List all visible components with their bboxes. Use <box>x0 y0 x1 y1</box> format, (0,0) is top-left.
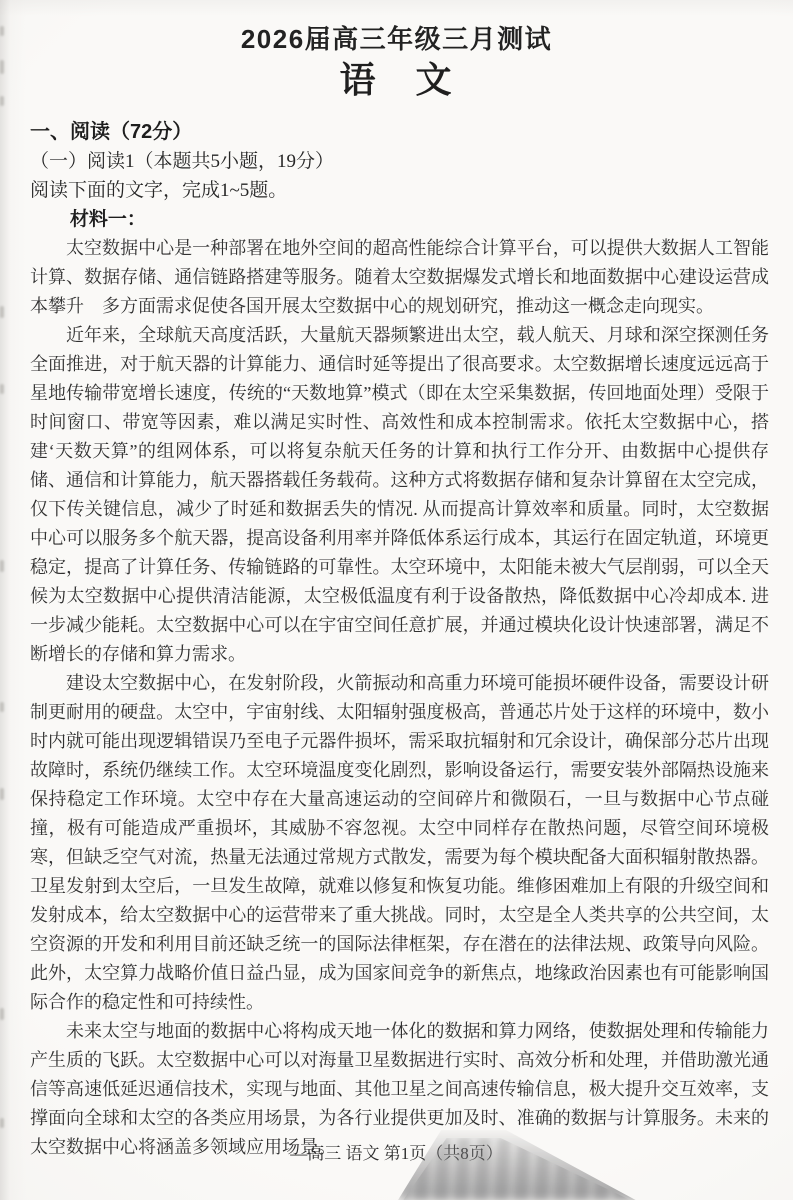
paper-body: 一、阅读（72分） （一）阅读1（本题共5小题，19分） 阅读下面的文字，完成1… <box>30 118 769 1162</box>
section-heading: 一、阅读（72分） <box>30 118 769 147</box>
material-paragraph-4: 未来太空与地面的数据中心将构成天地一体化的数据和算力网络，使数据处理和传输能力产… <box>30 1017 769 1162</box>
edge-mark <box>0 702 4 712</box>
material-paragraph-1: 太空数据中心是一种部署在地外空间的超高性能综合计算平台，可以提供大数据人工智能计… <box>30 234 769 321</box>
material-paragraph-3: 建设太空数据中心，在发射阶段，火箭振动和高重力环境可能损坏硬件设备，需要设计研制… <box>30 669 769 1017</box>
page-footer: —高三 语文 第1页（共8页） <box>0 1142 793 1166</box>
paper-header: 2026届高三年级三月测试 语 文 <box>0 0 793 102</box>
exam-title: 2026届高三年级三月测试 <box>0 22 793 56</box>
reading-instruction: 阅读下面的文字，完成1~5题。 <box>30 176 769 205</box>
exam-page: 2026届高三年级三月测试 语 文 一、阅读（72分） （一）阅读1（本题共5小… <box>0 0 793 1200</box>
material-paragraph-2: 近年来，全球航天高度活跃，大量航天器频繁进出太空，载人航天、月球和深空探测任务全… <box>30 321 769 669</box>
edge-mark <box>0 560 4 572</box>
material-label: 材料一： <box>30 205 769 234</box>
scan-edge-artifacts <box>0 0 8 1200</box>
edge-mark <box>0 788 4 800</box>
edge-mark <box>0 1118 4 1128</box>
subsection-heading: （一）阅读1（本题共5小题，19分） <box>30 147 769 176</box>
edge-mark <box>0 384 4 394</box>
edge-mark <box>0 306 4 318</box>
subject-title: 语 文 <box>0 58 793 102</box>
edge-mark <box>0 1008 4 1020</box>
